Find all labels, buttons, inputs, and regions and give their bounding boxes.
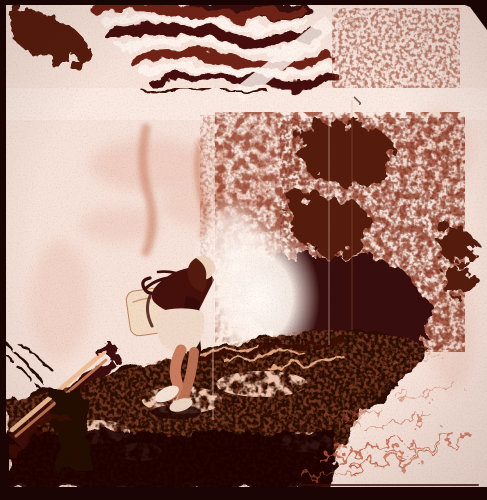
frame-left-edge — [0, 0, 6, 500]
vignette — [0, 0, 487, 500]
slide-photograph — [0, 0, 487, 500]
photo-canvas — [0, 0, 487, 500]
frame-bottom-edge — [0, 487, 487, 500]
frame-top-edge — [0, 0, 487, 5]
frame-bottom-left-thickening — [0, 430, 9, 500]
